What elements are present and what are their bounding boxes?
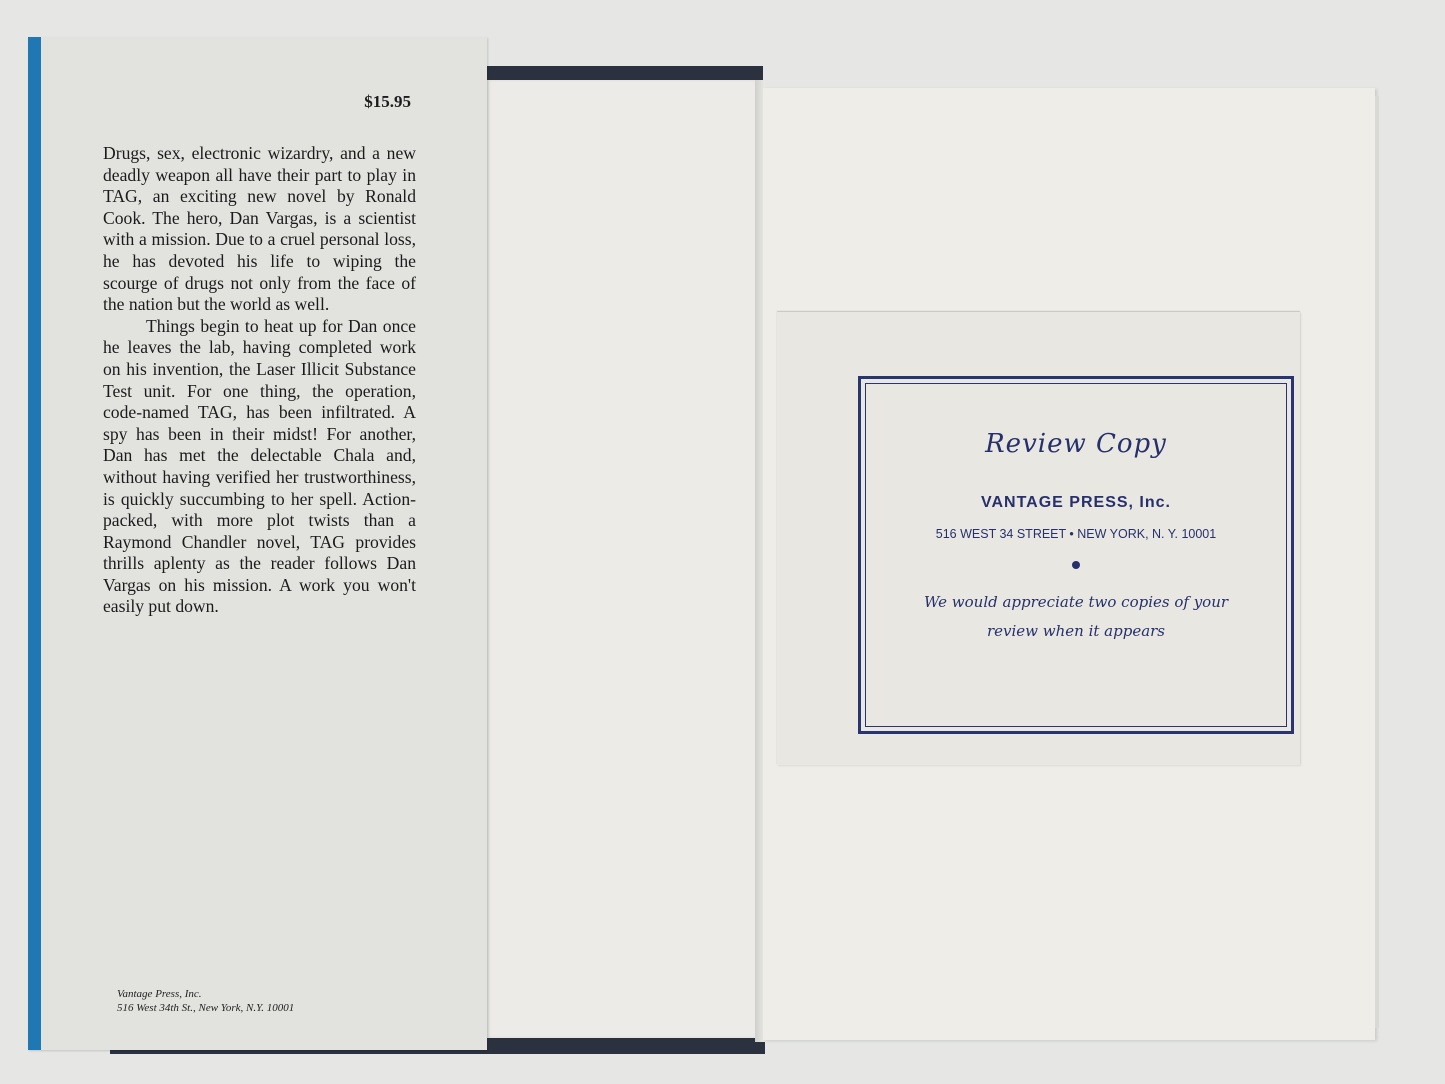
jacket-blue-edge xyxy=(28,37,41,1050)
price-label: $15.95 xyxy=(364,92,411,112)
publisher-imprint: Vantage Press, Inc. 516 West 34th St., N… xyxy=(117,987,294,1015)
card-title: Review Copy xyxy=(861,429,1291,459)
card-address: 516 WEST 34 STREET • NEW YORK, N. Y. 100… xyxy=(861,527,1291,541)
card-message-line-1: We would appreciate two copies of your xyxy=(861,588,1291,617)
front-endpaper xyxy=(487,80,760,1038)
imprint-line-2: 516 West 34th St., New York, N.Y. 10001 xyxy=(117,1001,294,1015)
card-publisher: VANTAGE PRESS, Inc. xyxy=(861,494,1291,512)
blurb-paragraph-1: Drugs, sex, electronic wizardry, and a n… xyxy=(103,143,416,316)
review-copy-card: Review Copy VANTAGE PRESS, Inc. 516 WEST… xyxy=(777,312,1300,765)
card-message-line-2: review when it appears xyxy=(861,617,1291,646)
page-block-edge xyxy=(1375,96,1379,1028)
flap-blurb: Drugs, sex, electronic wizardry, and a n… xyxy=(103,143,416,618)
card-double-rule-frame: Review Copy VANTAGE PRESS, Inc. 516 WEST… xyxy=(858,376,1294,734)
card-message: We would appreciate two copies of your r… xyxy=(861,588,1291,646)
bullet-dot-icon xyxy=(1072,561,1080,569)
dust-jacket-flap: $15.95 Drugs, sex, electronic wizardry, … xyxy=(28,37,487,1050)
blurb-paragraph-2: Things begin to heat up for Dan once he … xyxy=(103,316,416,618)
imprint-line-1: Vantage Press, Inc. xyxy=(117,987,294,1001)
